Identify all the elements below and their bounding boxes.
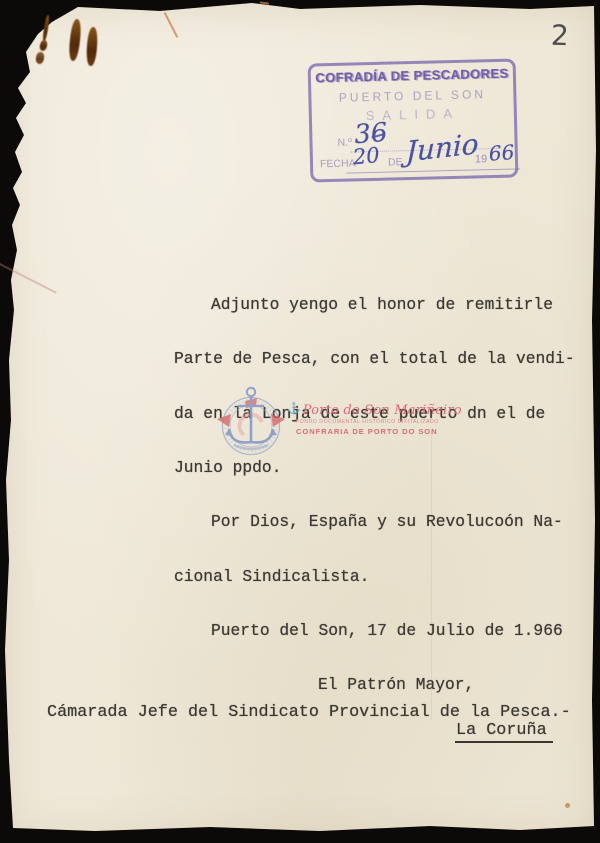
exit-stamp: COFRADÍA DE PESCADORES PUERTO DEL SON SA… [308,58,519,182]
stamp-type: SALIDA [312,105,514,125]
stamp-date-year-printed: 19 [475,153,488,165]
stamp-place: PUERTO DEL SON [311,87,513,106]
stamp-date-label: FECHA [320,157,356,170]
anchor-icon: ⚓ [287,403,301,416]
stamp-date-de: DE [388,156,403,168]
footer-addressee: Cámarada Jefe del Sindicato Provincial d… [47,703,571,722]
scanned-document: 2 COFRADÍA DE PESCADORES PUERTO DEL SON … [0,0,600,843]
typed-line: Parte de Pesca, con el total de la vendi… [174,350,600,368]
stamp-number-label: N.º [337,137,352,149]
typed-line: cional Sindicalista. [174,568,600,586]
typed-line-signature: El Patrón Mayor, [174,676,600,694]
watermark-title: Porto do Son Mariñeiro [303,403,462,418]
watermark-organization: CONFRARIA DE PORTO DO SON [296,427,462,436]
page-number: 2 [550,19,569,53]
typed-line: Adjunto yengo el honor de remitirle [174,296,600,314]
watermark-text-block: ⚓ Porto do Son Mariñeiro FONDO DOCUMENTA… [287,403,462,436]
typed-line: Puerto del Son, 17 de Julio de 1.966 [174,622,600,640]
typed-line: Junio ppdo. [174,459,600,477]
stamp-date-ruled-line [346,168,520,173]
stamp-date-day-handwritten: 20 [352,143,381,169]
stamp-date-month-handwritten: Junio [405,127,479,168]
typed-body: Adjunto yengo el honor de remitirle Part… [174,260,600,730]
typed-line: Por Dios, España y su Revolucoón Na- [174,513,600,531]
scratch-mark [565,803,570,808]
stamp-date-year-handwritten: 66 [488,140,515,166]
footer-place-underlined: La Coruña [455,721,553,743]
watermark-subtitle: FONDO DOCUMENTAL HISTÓRICO DIXITALIZADO [296,419,462,425]
scratch-mark [260,1,269,4]
stamp-organization: COFRADÍA DE PESCADORES [311,66,513,86]
confraria-anchor-emblem-icon [212,385,290,459]
